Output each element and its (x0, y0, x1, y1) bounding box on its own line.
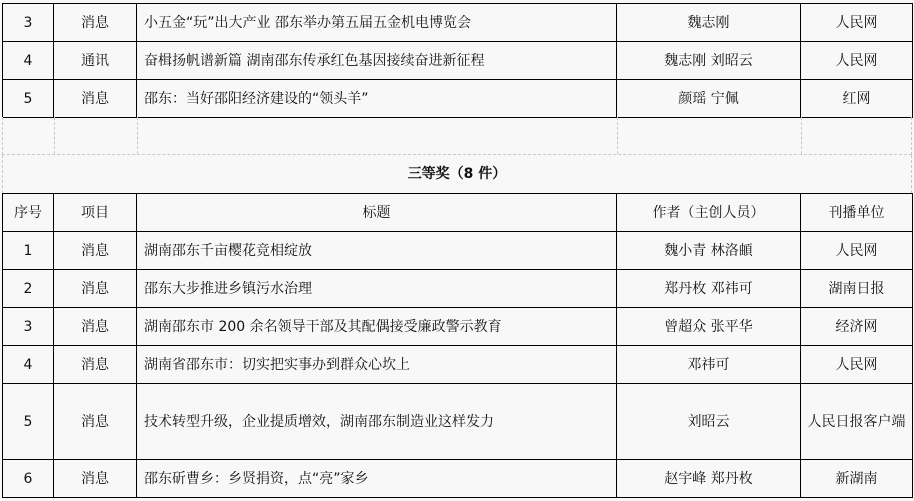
row-author: 魏小青 林洛頔 (617, 232, 801, 270)
dashed-divider (137, 117, 138, 154)
award-list-page: 3 消息 小五金“玩”出大产业 邵东举办第五届五金机电博览会 魏志刚 人民网 4… (0, 0, 914, 501)
row-number: 3 (3, 308, 54, 346)
table-row: 2 消息 邵东大步推进乡镇污水治理 郑丹枚 邓祎可 湖南日报 (3, 270, 913, 308)
row-type: 消息 (54, 4, 137, 42)
row-number: 5 (3, 384, 54, 460)
row-outlet: 人民日报客户端 (801, 384, 913, 460)
table-header-row: 序号 项目 标题 作者（主创人员） 刊播单位 (3, 194, 913, 232)
row-number: 3 (3, 4, 54, 42)
row-title: 湖南邵东市 200 余名领导干部及其配偶接受廉政警示教育 (137, 308, 617, 346)
table-row: 6 消息 邵东斫曹乡：乡贤捐资，点“亮”家乡 赵宇峰 郑丹枚 新湖南 (3, 460, 913, 498)
column-header-type: 项目 (54, 194, 137, 232)
row-title: 湖南省邵东市：切实把实事办到群众心坎上 (137, 346, 617, 384)
row-number: 4 (3, 42, 54, 80)
row-type: 消息 (54, 346, 137, 384)
row-author: 赵宇峰 郑丹枚 (617, 460, 801, 498)
second-prize-table-continued: 3 消息 小五金“玩”出大产业 邵东举办第五届五金机电博览会 魏志刚 人民网 4… (2, 3, 913, 118)
column-header-author: 作者（主创人员） (617, 194, 801, 232)
row-title: 湖南邵东千亩樱花竞相绽放 (137, 232, 617, 270)
third-prize-heading: 三等奖（8 件） (2, 155, 912, 193)
column-header-number: 序号 (3, 194, 54, 232)
table-row: 3 消息 湖南邵东市 200 余名领导干部及其配偶接受廉政警示教育 曾超众 张平… (3, 308, 913, 346)
row-title: 奋楫扬帆谱新篇 湖南邵东传承红色基因接续奋进新征程 (137, 42, 617, 80)
row-outlet: 人民网 (801, 232, 913, 270)
row-title: 技术转型升级，企业提质增效，湖南邵东制造业这样发力 (137, 384, 617, 460)
row-author: 魏志刚 (617, 4, 801, 42)
dashed-divider (54, 117, 55, 154)
table-row: 3 消息 小五金“玩”出大产业 邵东举办第五届五金机电博览会 魏志刚 人民网 (3, 4, 913, 42)
dashed-divider (617, 117, 618, 154)
table-row: 4 消息 湖南省邵东市：切实把实事办到群众心坎上 邓祎可 人民网 (3, 346, 913, 384)
third-prize-table: 序号 项目 标题 作者（主创人员） 刊播单位 1 消息 湖南邵东千亩樱花竞相绽放… (2, 193, 913, 498)
row-outlet: 经济网 (801, 308, 913, 346)
row-type: 通讯 (54, 42, 137, 80)
table-row: 1 消息 湖南邵东千亩樱花竞相绽放 魏小青 林洛頔 人民网 (3, 232, 913, 270)
row-author: 郑丹枚 邓祎可 (617, 270, 801, 308)
table-row: 5 消息 技术转型升级，企业提质增效，湖南邵东制造业这样发力 刘昭云 人民日报客… (3, 384, 913, 460)
section-spacer (2, 117, 912, 155)
row-type: 消息 (54, 232, 137, 270)
row-number: 1 (3, 232, 54, 270)
row-title: 邵东：当好邵阳经济建设的“领头羊” (137, 80, 617, 118)
row-number: 5 (3, 80, 54, 118)
row-number: 6 (3, 460, 54, 498)
row-type: 消息 (54, 460, 137, 498)
table-row: 5 消息 邵东：当好邵阳经济建设的“领头羊” 颜瑶 宁佩 红网 (3, 80, 913, 118)
row-number: 4 (3, 346, 54, 384)
column-header-title: 标题 (137, 194, 617, 232)
row-type: 消息 (54, 270, 137, 308)
column-header-outlet: 刊播单位 (801, 194, 913, 232)
row-type: 消息 (54, 384, 137, 460)
row-author: 颜瑶 宁佩 (617, 80, 801, 118)
row-author: 刘昭云 (617, 384, 801, 460)
row-title: 邵东斫曹乡：乡贤捐资，点“亮”家乡 (137, 460, 617, 498)
row-outlet: 新湖南 (801, 460, 913, 498)
row-type: 消息 (54, 80, 137, 118)
dashed-divider (801, 117, 802, 154)
row-outlet: 人民网 (801, 4, 913, 42)
row-outlet: 红网 (801, 80, 913, 118)
row-outlet: 人民网 (801, 346, 913, 384)
row-type: 消息 (54, 308, 137, 346)
row-title: 邵东大步推进乡镇污水治理 (137, 270, 617, 308)
table-row: 4 通讯 奋楫扬帆谱新篇 湖南邵东传承红色基因接续奋进新征程 魏志刚 刘昭云 人… (3, 42, 913, 80)
row-author: 曾超众 张平华 (617, 308, 801, 346)
row-outlet: 人民网 (801, 42, 913, 80)
row-author: 魏志刚 刘昭云 (617, 42, 801, 80)
row-outlet: 湖南日报 (801, 270, 913, 308)
row-author: 邓祎可 (617, 346, 801, 384)
row-title: 小五金“玩”出大产业 邵东举办第五届五金机电博览会 (137, 4, 617, 42)
row-number: 2 (3, 270, 54, 308)
